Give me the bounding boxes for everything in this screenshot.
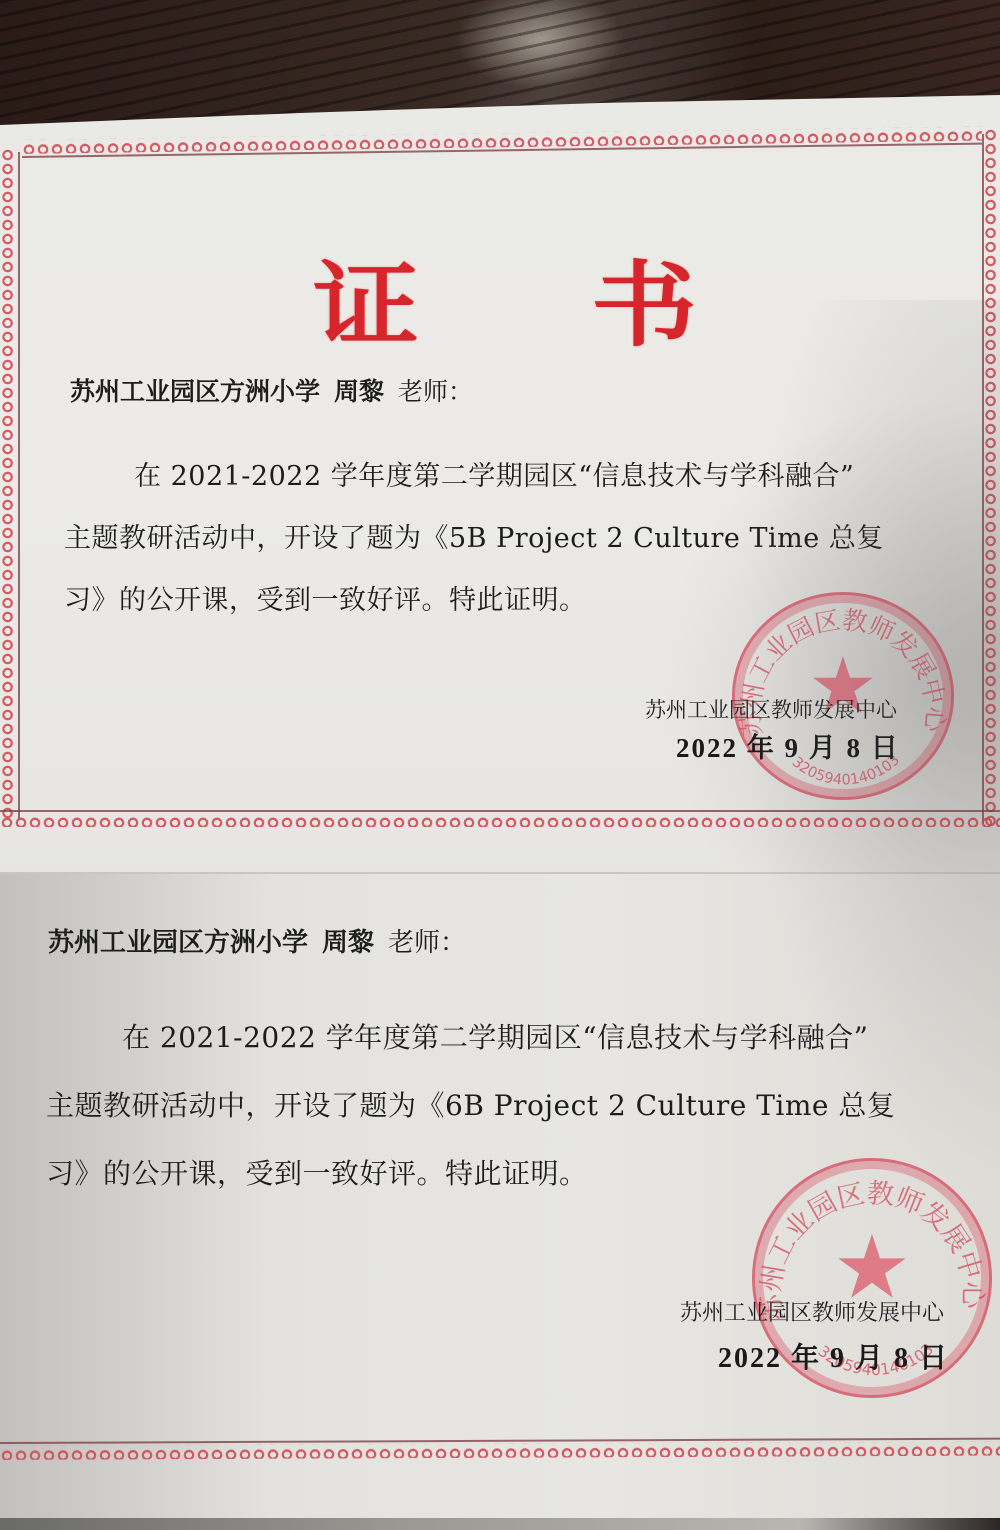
recipient-name: 周黎 — [322, 928, 374, 958]
issuer-name: 苏州工业园区教师发展中心 — [680, 1296, 944, 1327]
body-line-2: 主题教研活动中，开设了题为《6B Project 2 Culture Time … — [46, 1084, 895, 1124]
issue-date: 2022 年 9 月 8 日 — [718, 1336, 949, 1376]
body-line-3: 习》的公开课，受到一致好评。特此证明。 — [46, 1152, 588, 1192]
decorative-border-left — [2, 148, 16, 820]
border-rule-left — [18, 152, 20, 820]
decorative-border-right — [985, 128, 999, 828]
body-line-3: 习》的公开课，受到一致好评。特此证明。 — [64, 578, 587, 617]
issue-date: 2022 年 9 月 8 日 — [676, 726, 900, 765]
recipient-school: 苏州工业园区方洲小学 — [48, 928, 308, 958]
recipient-honorific: 老师： — [398, 377, 473, 406]
decorative-border-bottom — [0, 813, 1000, 827]
recipient-line: 苏州工业园区方洲小学周黎老师： — [48, 922, 466, 959]
body-line-2: 主题教研活动中，开设了题为《5B Project 2 Culture Time … — [64, 516, 884, 555]
body-line-1: 在 2021-2022 学年度第二学期园区“信息技术与学科融合” — [134, 454, 854, 493]
certificate-title: 证 书 — [320, 232, 690, 364]
recipient-honorific: 老师： — [388, 928, 466, 958]
title-char-1: 证 — [313, 232, 419, 364]
recipient-name: 周黎 — [334, 377, 384, 406]
border-rule-right — [982, 134, 984, 824]
issuer-name: 苏州工业园区教师发展中心 — [645, 694, 897, 724]
recipient-line: 苏州工业园区方洲小学周黎老师： — [70, 372, 473, 408]
title-char-2: 书 — [591, 232, 697, 364]
body-line-1: 在 2021-2022 学年度第二学期园区“信息技术与学科融合” — [122, 1016, 868, 1056]
border-rule-bottom — [0, 810, 1000, 812]
table-edge-bottom — [0, 1518, 1000, 1530]
recipient-school: 苏州工业园区方洲小学 — [70, 377, 320, 406]
